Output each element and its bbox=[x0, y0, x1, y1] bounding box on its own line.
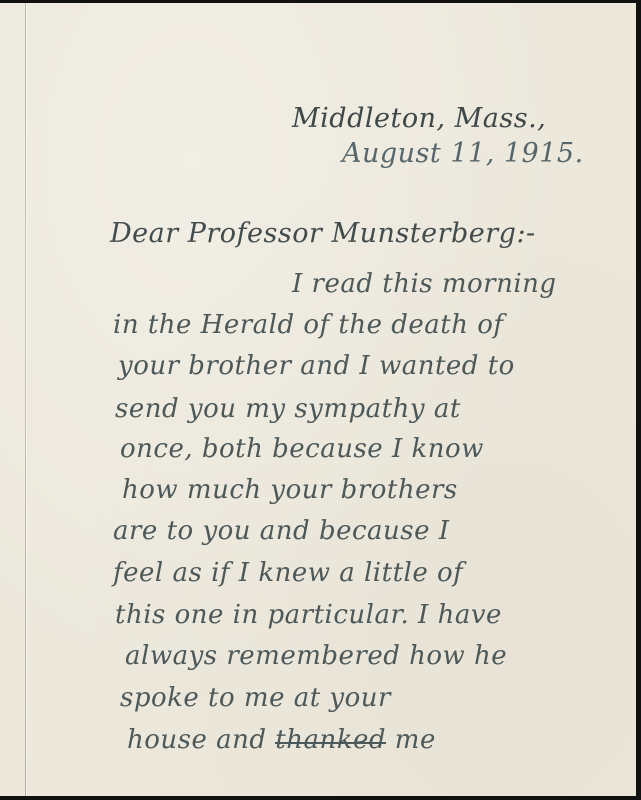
letter-line: spoke to me at your bbox=[120, 683, 391, 713]
letter-line-last: house and thanked me bbox=[127, 725, 436, 755]
letter-line-tail: me bbox=[395, 725, 436, 755]
letter-line-text: house and bbox=[127, 725, 267, 755]
letter-line: in the Herald of the death of bbox=[113, 310, 504, 340]
letter-line: send you my sympathy at bbox=[115, 394, 461, 424]
letter-line: I read this morning bbox=[292, 269, 557, 299]
struck-through-word: thanked bbox=[275, 725, 386, 755]
letter-line: once, both because I know bbox=[120, 434, 484, 464]
letter-heading-place: Middleton, Mass., bbox=[292, 103, 546, 134]
letter-line: always remembered how he bbox=[125, 641, 507, 671]
scan-frame: Middleton, Mass., August 11, 1915. Dear … bbox=[0, 0, 641, 800]
letter-line: your brother and I wanted to bbox=[118, 351, 515, 381]
paper-fold-line bbox=[25, 3, 26, 796]
letter-line: this one in particular. I have bbox=[115, 600, 502, 630]
letter-line: how much your brothers bbox=[122, 475, 458, 505]
letter-line: feel as if I knew a little of bbox=[113, 558, 463, 588]
letter-page: Middleton, Mass., August 11, 1915. Dear … bbox=[0, 3, 636, 796]
letter-line: are to you and because I bbox=[113, 516, 450, 546]
letter-salutation: Dear Professor Munsterberg:- bbox=[110, 218, 536, 249]
letter-heading-date: August 11, 1915. bbox=[342, 138, 584, 169]
